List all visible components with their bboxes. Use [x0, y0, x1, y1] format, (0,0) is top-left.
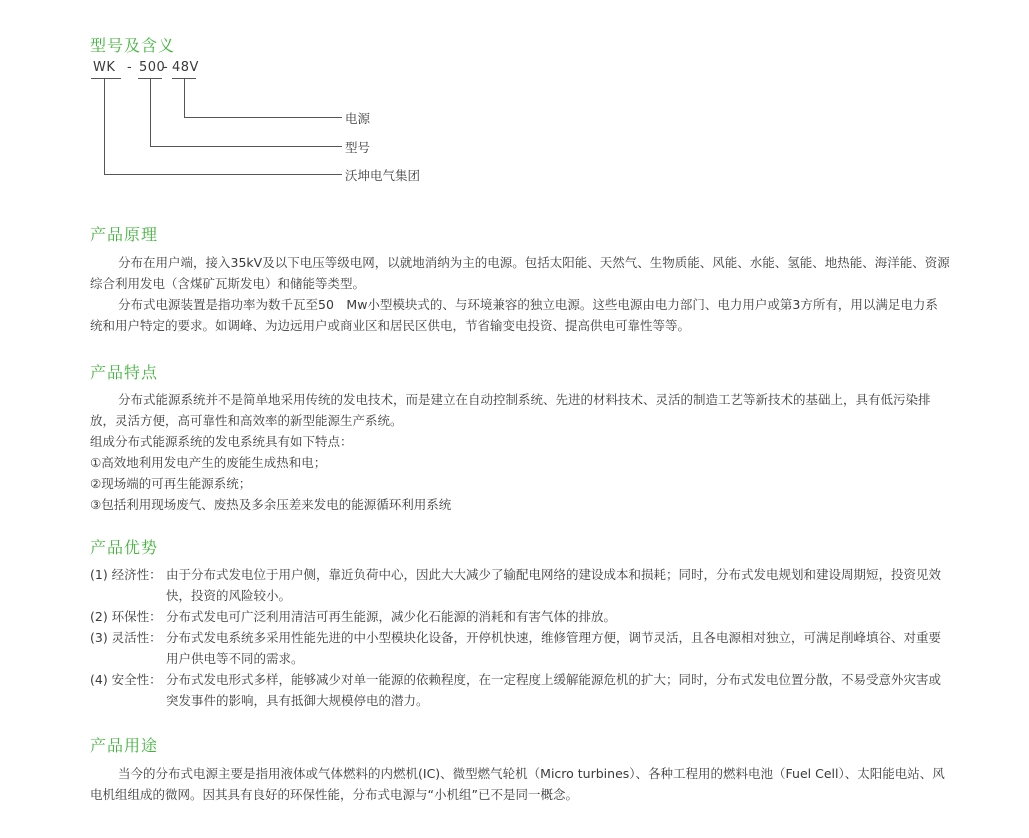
leader-h-voltage: [184, 117, 342, 118]
model-code-type: 500: [139, 60, 165, 75]
principle-paragraph: 分布在用户端，接入35kV及以下电压等级电网，以就地消纳为主的电源。包括太阳能、…: [90, 252, 950, 294]
advantage-text: 分布式发电系统多采用性能先进的中小型模块化设备，开停机快速，维修管理方便，调节灵…: [166, 630, 941, 666]
leader-h-brand: [104, 174, 342, 175]
feature-item: ①高效地利用发电产生的废能生成热和电；: [90, 452, 950, 473]
advantage-item-environment: (2) 环保性： 分布式发电可广泛利用清洁可再生能源，减少化石能源的消耗和有害气…: [90, 606, 950, 627]
label-model: 型号: [345, 138, 370, 156]
model-code-brand: WK: [93, 60, 115, 75]
features-intro: 分布式能源系统并不是简单地采用传统的发电技术，而是建立在自动控制系统、先进的材料…: [90, 389, 950, 431]
advantage-label: (4) 安全性：: [90, 669, 162, 690]
section-title-usage: 产品用途: [90, 733, 158, 756]
leader-type: [150, 78, 151, 147]
model-code-dash: -: [163, 60, 168, 75]
advantage-item-safety: (4) 安全性： 分布式发电形式多样，能够减少对单一能源的依赖程度，在一定程度上…: [90, 669, 950, 711]
underline-brand: [91, 78, 121, 79]
advantage-item-flexibility: (3) 灵活性： 分布式发电系统多采用性能先进的中小型模块化设备，开停机快速，维…: [90, 627, 950, 669]
advantage-label: (2) 环保性：: [90, 606, 162, 627]
leader-h-type: [150, 146, 342, 147]
section-title-principle: 产品原理: [90, 222, 158, 245]
label-company: 沃坤电气集团: [345, 166, 420, 184]
principle-paragraph: 分布式电源装置是指功率为数千瓦至50 Mw小型模块式的、与环境兼容的独立电源。这…: [90, 294, 950, 336]
section-title-advantages: 产品优势: [90, 535, 158, 558]
feature-item: ③包括利用现场废气、废热及多余压差来发电的能源循环利用系统: [90, 494, 950, 515]
model-code-dash: -: [127, 60, 132, 75]
section-title-features: 产品特点: [90, 360, 158, 383]
leader-voltage: [184, 78, 185, 118]
advantage-text: 由于分布式发电位于用户侧，靠近负荷中心，因此大大减少了输配电网络的建设成本和损耗…: [166, 567, 941, 603]
section-title-model: 型号及含义: [90, 33, 175, 56]
advantage-text: 分布式发电可广泛利用清洁可再生能源，减少化石能源的消耗和有害气体的排放。: [166, 609, 616, 624]
model-code-voltage: 48V: [172, 60, 199, 75]
advantage-label: (3) 灵活性：: [90, 627, 162, 648]
usage-body: 当今的分布式电源主要是指用液体或气体燃料的内燃机(IC)、微型燃气轮机（Micr…: [90, 763, 950, 805]
principle-body: 分布在用户端，接入35kV及以下电压等级电网，以就地消纳为主的电源。包括太阳能、…: [90, 252, 950, 336]
features-lead: 组成分布式能源系统的发电系统具有如下特点：: [90, 431, 950, 452]
advantage-item-economy: (1) 经济性： 由于分布式发电位于用户侧，靠近负荷中心，因此大大减少了输配电网…: [90, 564, 950, 606]
advantage-label: (1) 经济性：: [90, 564, 162, 585]
features-body: 分布式能源系统并不是简单地采用传统的发电技术，而是建立在自动控制系统、先进的材料…: [90, 389, 950, 515]
leader-brand: [104, 78, 105, 175]
advantages-body: (1) 经济性： 由于分布式发电位于用户侧，靠近负荷中心，因此大大减少了输配电网…: [90, 564, 950, 711]
label-power-supply: 电源: [345, 109, 370, 127]
advantage-text: 分布式发电形式多样，能够减少对单一能源的依赖程度，在一定程度上缓解能源危机的扩大…: [166, 672, 941, 708]
feature-item: ②现场端的可再生能源系统；: [90, 473, 950, 494]
usage-paragraph: 当今的分布式电源主要是指用液体或气体燃料的内燃机(IC)、微型燃气轮机（Micr…: [90, 763, 950, 805]
